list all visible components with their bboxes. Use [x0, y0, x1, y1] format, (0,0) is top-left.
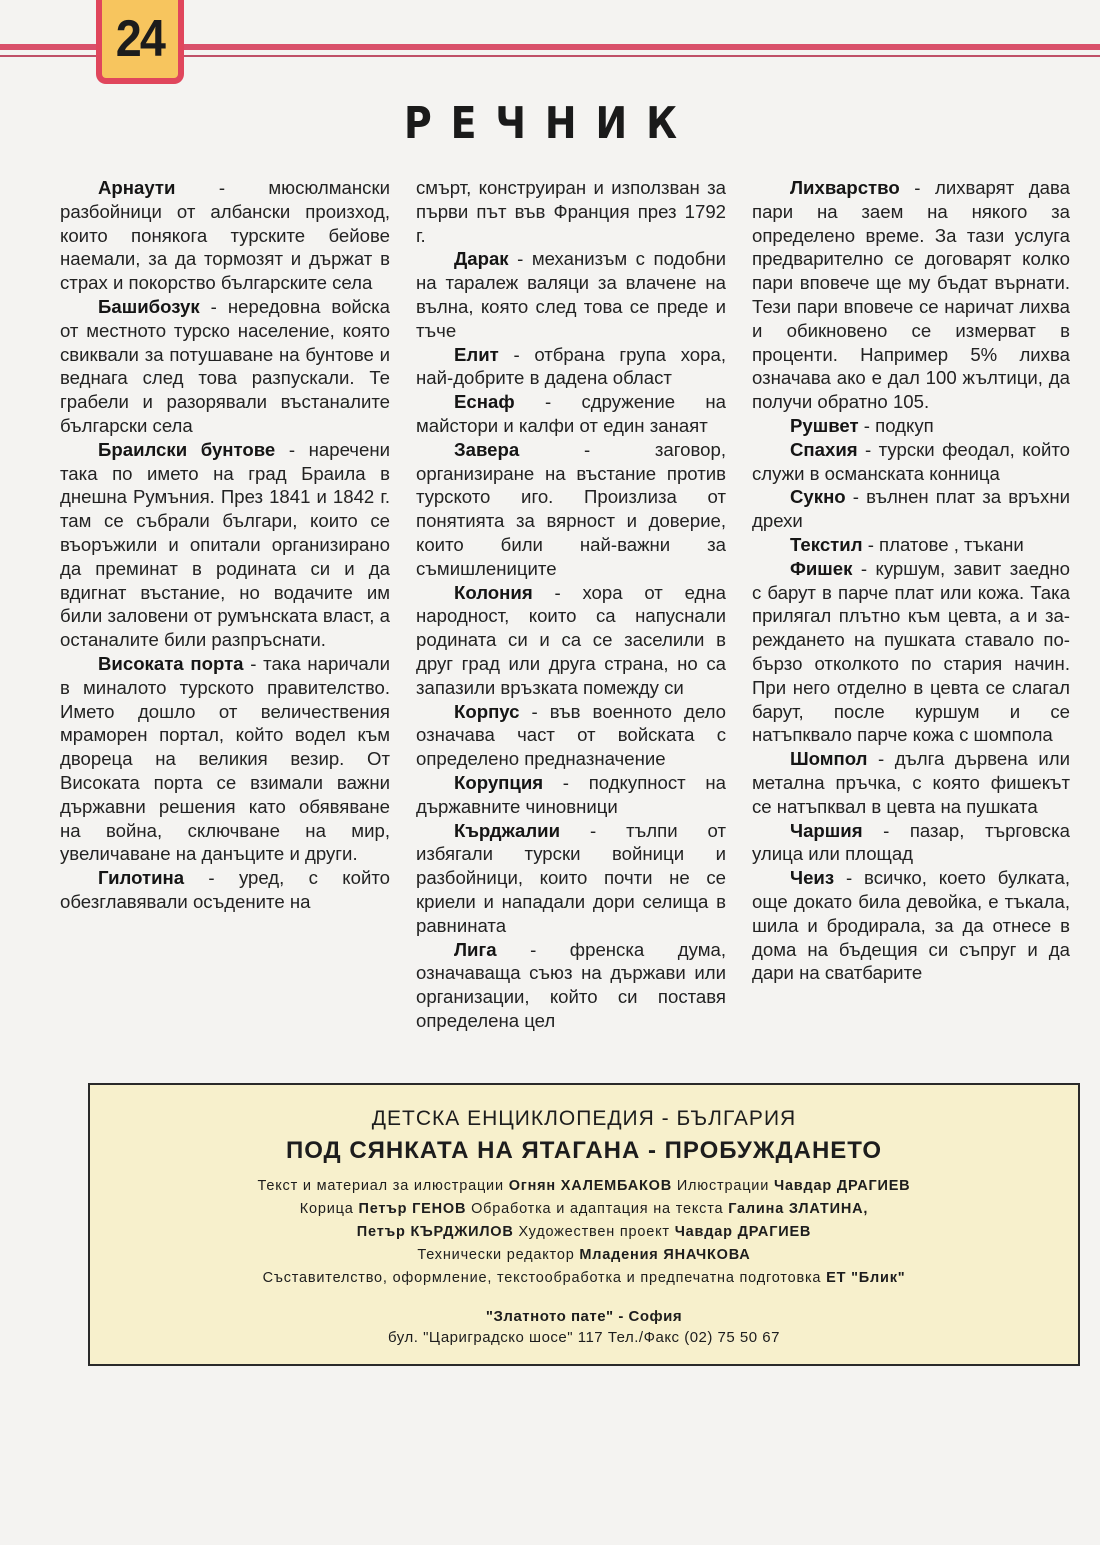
glossary-entry: Еснаф - сдружение на майстори и калфи от…	[416, 390, 726, 438]
glossary-entry: Текстил - платове , тъкани	[752, 533, 1070, 557]
glossary-term: Дарак	[454, 248, 509, 269]
glossary-entry: Рушвет - подкуп	[752, 414, 1070, 438]
book-title: ПОД СЯНКАТА НА ЯТАГАНА - ПРОБУЖДАНЕТО	[90, 1137, 1078, 1165]
glossary-entry: Кърджалии - тълпи от избягали турски вой…	[416, 819, 726, 938]
glossary-definition: - лихварят дава пари на заем на някого з…	[752, 177, 1070, 412]
glossary-entry: Лига - френска дума, означаваща съюз на …	[416, 938, 726, 1033]
glossary-term: Арнаути	[98, 177, 175, 198]
glossary-definition: - подкуп	[859, 415, 934, 436]
glossary-term: Чеиз	[790, 867, 834, 888]
glossary-entry: Лихварство - лихварят дава пари на заем …	[752, 176, 1070, 414]
glossary-term: Корупция	[454, 772, 543, 793]
credit-role: Текст и материал за илюстрации	[258, 1178, 509, 1194]
glossary-entry: Корпус - във военното дело означава част…	[416, 700, 726, 771]
glossary-entry: Високата порта - така наричали в миналот…	[60, 652, 390, 866]
credit-name: Чавдар ДРАГИЕВ	[675, 1224, 812, 1240]
glossary-term: Гилотина	[98, 867, 184, 888]
glossary-term: Еснаф	[454, 391, 515, 412]
glossary-definition: - куршум, завит заедно с барут в парче п…	[752, 558, 1070, 746]
glossary-term: Рушвет	[790, 415, 859, 436]
credit-name: Галина ЗЛАТИНА,	[728, 1201, 868, 1217]
glossary-column-2: смърт, конструиран и използван за първи …	[416, 176, 726, 1056]
credits-line: Текст и материал за илюстрации Огнян ХАЛ…	[90, 1175, 1078, 1198]
glossary-entry: Гилотина - уред, с който обезглавявали о…	[60, 866, 390, 914]
publisher: "Златното пате" - София	[90, 1308, 1078, 1325]
glossary-term: Кърджалии	[454, 820, 560, 841]
page-number-badge: 24	[96, 0, 184, 84]
credit-name: Огнян ХАЛЕМБАКОВ	[509, 1178, 672, 1194]
glossary-term: Лига	[454, 939, 497, 960]
glossary-term: Корпус	[454, 701, 520, 722]
credits-lines: Текст и материал за илюстрации Огнян ХАЛ…	[90, 1175, 1078, 1290]
glossary-entry: Спахия - турски феодал, който служи в ос…	[752, 438, 1070, 486]
glossary-entry: Чеиз - всичко, което булката, още докато…	[752, 866, 1070, 985]
credit-name: Младения ЯНАЧКОВА	[579, 1247, 750, 1263]
glossary-term: Браилски бунтове	[98, 439, 275, 460]
glossary-term: Лихварство	[790, 177, 900, 198]
glossary-term: Фишек	[790, 558, 852, 579]
glossary-entry: Сукно - вълнен плат за връхни дрехи	[752, 485, 1070, 533]
glossary-entry: Арнаути - мюсюлмански разбойници от алба…	[60, 176, 390, 295]
credit-name: Петър ГЕНОВ	[358, 1201, 466, 1217]
credits-line: Корица Петър ГЕНОВ Обработка и адаптация…	[90, 1198, 1078, 1221]
credit-role: Обработка и адаптация на текста	[466, 1201, 728, 1217]
glossary-definition: - наречени така по името на град Браила …	[60, 439, 390, 650]
glossary-entry: Завера - заговор, организиране на въстан…	[416, 438, 726, 581]
credit-role: Художествен проект	[514, 1224, 675, 1240]
glossary-term: Сукно	[790, 486, 846, 507]
glossary-entry: Чаршия - пазар, търговска улица или площ…	[752, 819, 1070, 867]
glossary-term: Колония	[454, 582, 533, 603]
glossary-term: Башибозук	[98, 296, 200, 317]
credits-line: Технически редактор Младения ЯНАЧКОВА	[90, 1244, 1078, 1267]
page-number: 24	[116, 9, 164, 69]
publisher-address: бул. "Цариградско шосе" 117 Тел./Факс (0…	[90, 1329, 1078, 1346]
glossary-entry: Корупция - подкупност на държавните чино…	[416, 771, 726, 819]
credits-line: Петър КЪРДЖИЛОВ Художествен проект Чавда…	[90, 1221, 1078, 1244]
glossary-column-1: Арнаути - мюсюлмански разбойници от алба…	[60, 176, 390, 1056]
glossary-definition: - така наричали в миналото турското прав…	[60, 653, 390, 864]
credit-role: Технически редактор	[417, 1247, 579, 1263]
glossary-columns: Арнаути - мюсюлмански разбойници от алба…	[60, 176, 1080, 1056]
glossary-term: Текстил	[790, 534, 863, 555]
glossary-term: Чаршия	[790, 820, 863, 841]
credits-box: ДЕТСКА ЕНЦИКЛОПЕДИЯ - БЪЛГАРИЯ ПОД СЯНКА…	[88, 1083, 1080, 1366]
glossary-entry: Шомпол - дълга дървена или метална пръчк…	[752, 747, 1070, 818]
glossary-term: Елит	[454, 344, 499, 365]
credit-name: Чавдар ДРАГИЕВ	[774, 1178, 911, 1194]
glossary-definition: - платове , тъкани	[863, 534, 1024, 555]
series-title: ДЕТСКА ЕНЦИКЛОПЕДИЯ - БЪЛГАРИЯ	[90, 1107, 1078, 1131]
credit-name: ЕТ "Блик"	[826, 1270, 905, 1286]
glossary-term: Шомпол	[790, 748, 868, 769]
glossary-term: Завера	[454, 439, 519, 460]
credit-name: Петър КЪРДЖИЛОВ	[357, 1224, 514, 1240]
credit-role: Корица	[300, 1201, 359, 1217]
page-title: РЕЧНИК	[77, 98, 1023, 149]
glossary-entry: Елит - отбрана група хора, най-добрите в…	[416, 343, 726, 391]
glossary-entry: Браилски бунтове - наречени така по имет…	[60, 438, 390, 652]
credit-role: Илюстрации	[672, 1178, 774, 1194]
glossary-column-3: Лихварство - лихварят дава пари на заем …	[752, 176, 1070, 1056]
glossary-term: Високата порта	[98, 653, 244, 674]
glossary-entry: Дарак - механизъм с подобни на таралеж в…	[416, 247, 726, 342]
credits-line: Съставителство, оформление, текстообрабо…	[90, 1267, 1078, 1290]
glossary-entry: Фишек - куршум, завит заедно с барут в п…	[752, 557, 1070, 747]
credit-role: Съставителство, оформление, текстообрабо…	[263, 1270, 827, 1286]
glossary-entry: Колония - хора от една народност, които …	[416, 581, 726, 700]
glossary-term: Спахия	[790, 439, 858, 460]
glossary-entry: Башибозук - нередовна войска от местното…	[60, 295, 390, 438]
glossary-entry-continuation: смърт, конструиран и използван за първи …	[416, 176, 726, 247]
